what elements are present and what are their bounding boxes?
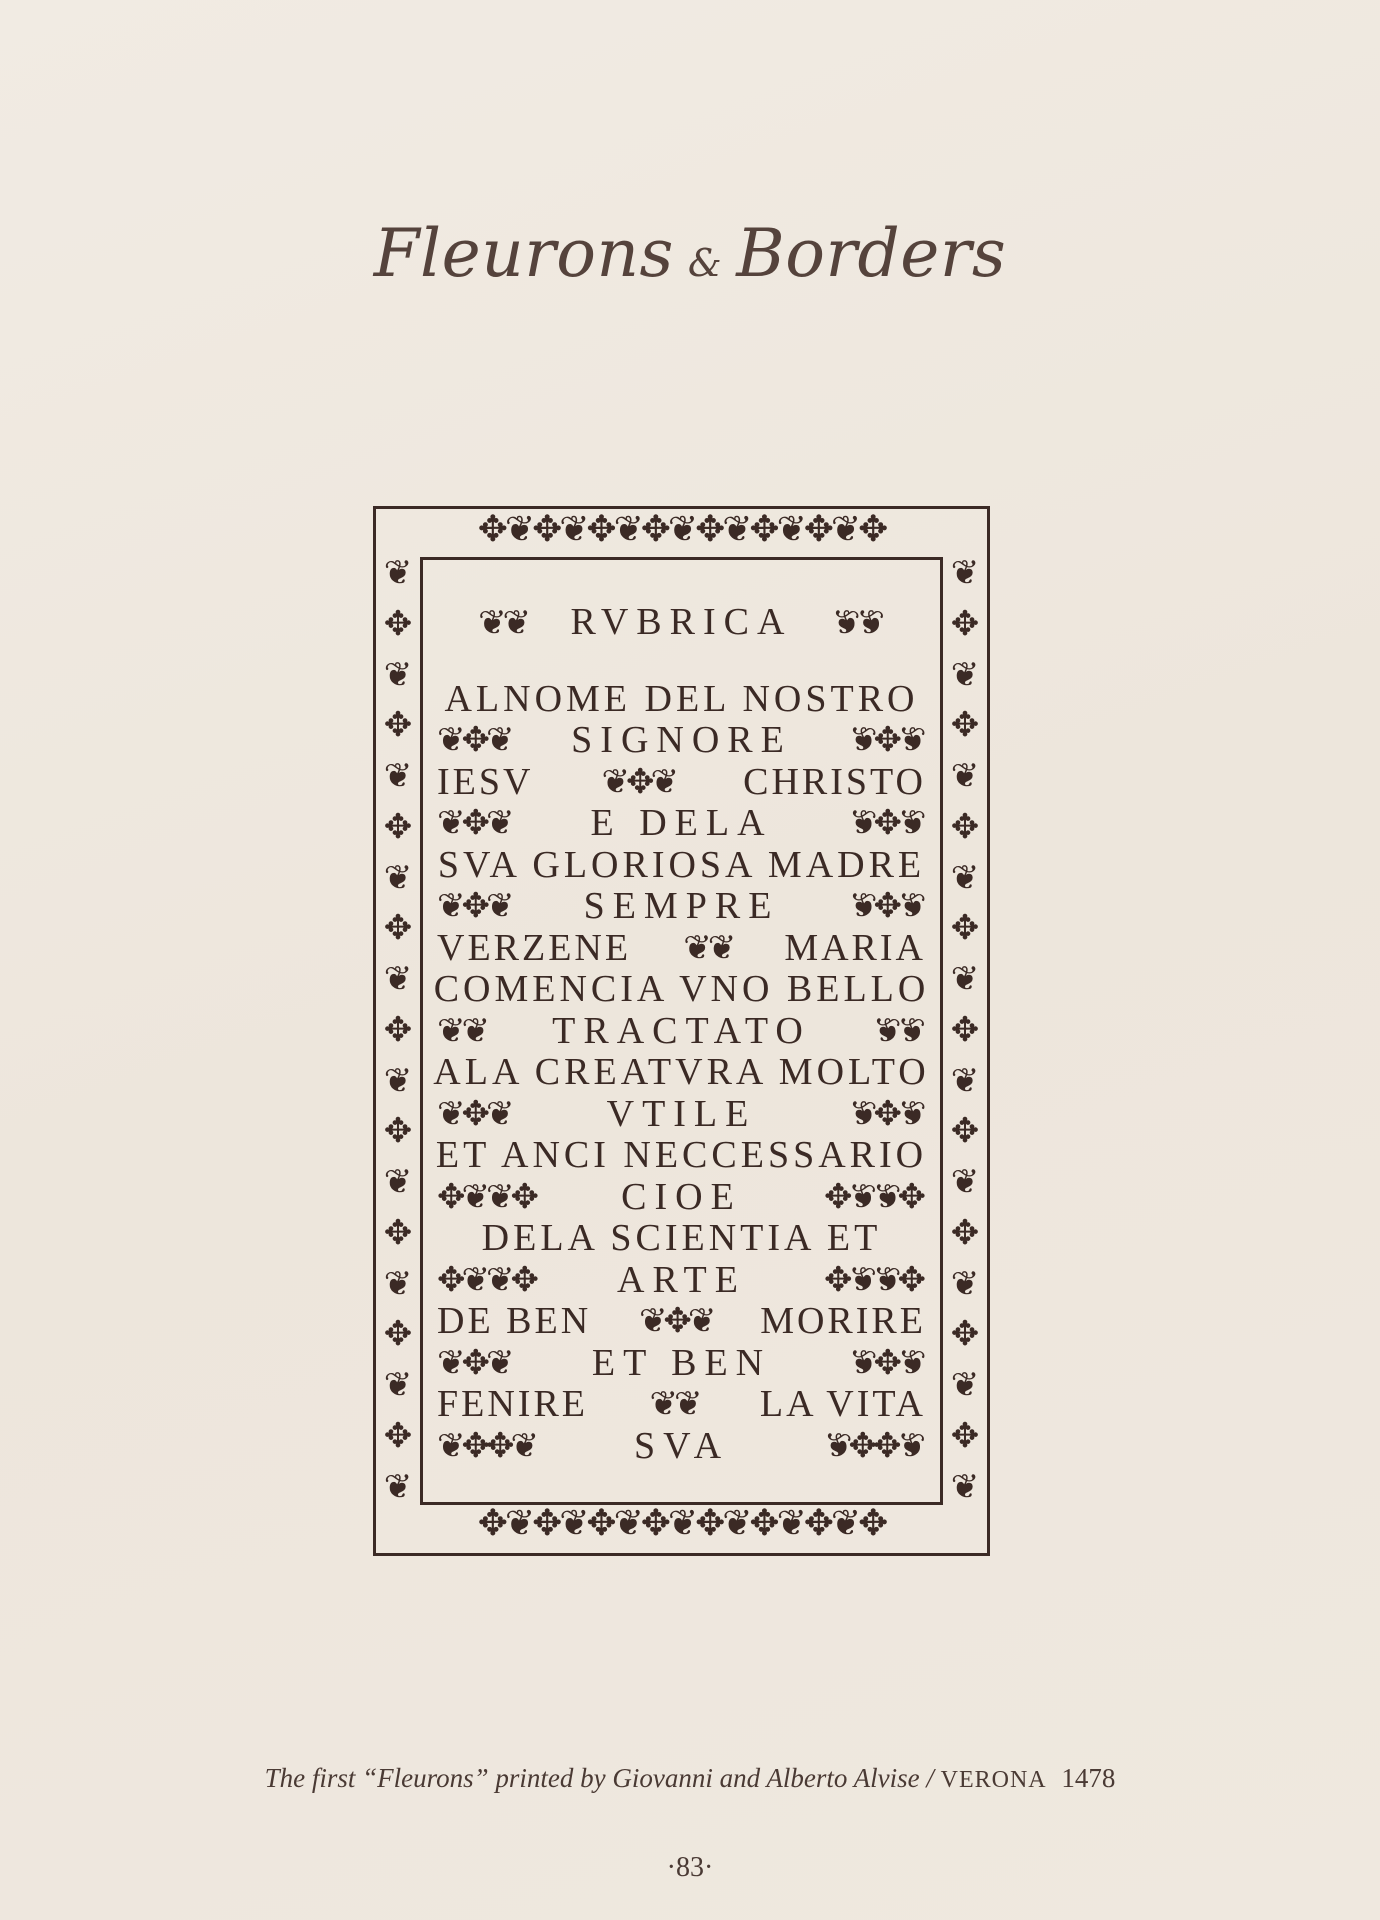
text-line: ALA CREATVRA MOLTO	[437, 1052, 926, 1094]
fleuron-border-icon: ❦	[951, 1471, 980, 1505]
fleuron-border-icon: ❦	[384, 760, 413, 794]
fleuron-ornament-icon: ❦✥❦	[853, 803, 926, 843]
right-fleuron-border: ❦✥❦✥❦✥❦✥❦✥❦✥❦✥❦✥❦✥❦	[945, 557, 985, 1505]
text-line: ❦✥❦SEMPRE❦✥❦	[437, 886, 926, 928]
fleuron-border-icon: ✥	[951, 1115, 980, 1149]
fleuron-border-icon: ✥	[384, 1115, 413, 1149]
fleuron-ornament-icon: ❦✥❦	[437, 1343, 510, 1383]
text-line: ❦✥❦VTILE❦✥❦	[437, 1093, 926, 1135]
fleuron-border-icon: ❦	[951, 659, 980, 693]
caption-text: The first “Fleurons” printed by Giovanni…	[265, 1763, 941, 1793]
line-text: DE BEN	[437, 1299, 591, 1343]
line-text: TRACTATO	[552, 1009, 811, 1053]
fleuron-border-icon: ✥	[951, 1217, 980, 1251]
fleuron-ornament-icon: ❦❦	[877, 1011, 926, 1051]
fleuron-border-icon: ❦	[384, 963, 413, 997]
line-text: ARTE	[617, 1258, 746, 1302]
fleuron-border-icon: ❦	[951, 1369, 980, 1403]
title-borders: Borders	[736, 215, 1006, 292]
line-text: CHRISTO	[743, 760, 926, 804]
fleuron-ornament-icon: ❦✥❦	[437, 1094, 510, 1134]
fleuron-border-icon: ❦	[951, 1065, 980, 1099]
rubrica-text: RVBRICA	[571, 601, 793, 643]
line-text: VERZENE	[437, 926, 631, 970]
line-text: E DELA	[590, 801, 772, 845]
fleuron-ornament-icon: ❦✥❦	[853, 1343, 926, 1383]
text-line: ❦❦TRACTATO❦❦	[437, 1010, 926, 1052]
line-text: VTILE	[607, 1092, 757, 1136]
line-text: ET ANCI NECCESSARIO	[436, 1133, 927, 1177]
fleuron-border-icon: ❦	[951, 862, 980, 896]
fleuron-border-icon: ❦	[384, 659, 413, 693]
line-text: CIOE	[621, 1175, 742, 1219]
fleuron-ornament-icon: ❦✥❦	[853, 720, 926, 760]
line-text: IESV	[437, 760, 533, 804]
bottom-fleuron-border: ✥❦✥❦✥❦✥❦✥❦✥❦✥❦✥	[378, 1505, 985, 1551]
fleuron-border-icon: ✥	[384, 1318, 413, 1352]
incunable-text-lines: ALNOME DEL NOSTRO❦✥❦SIGNORE❦✥❦IESV❦✥❦CHR…	[437, 678, 926, 1467]
fleuron-ornament-icon: ✥❦❦✥	[828, 1260, 926, 1300]
fleuron-border-icon: ✥	[951, 1318, 980, 1352]
text-line: DE BEN❦✥❦MORIRE	[437, 1301, 926, 1343]
fleuron-border-icon: ❦	[951, 1166, 980, 1200]
fleuron-border-icon: ✥	[384, 709, 413, 743]
fleuron-ornament-icon: ✥❦❦✥	[437, 1177, 535, 1217]
fleuron-border-icon: ✥	[384, 1217, 413, 1251]
fleuron-border-icon: ✥	[951, 608, 980, 642]
fleuron-border-icon: ✥	[951, 912, 980, 946]
fleuron-border-icon: ✥	[384, 912, 413, 946]
text-line: ❦✥❦E DELA❦✥❦	[437, 803, 926, 845]
fleuron-ornament-icon: ✥❦❦✥	[828, 1177, 926, 1217]
fleuron-border-icon: ✥	[951, 1420, 980, 1454]
fleuron-border-icon: ❦	[951, 963, 980, 997]
text-line: ❦✥❦ET BEN❦✥❦	[437, 1342, 926, 1384]
line-text: MARIA	[784, 926, 926, 970]
text-line: IESV❦✥❦CHRISTO	[437, 761, 926, 803]
fleuron-border-icon: ❦	[951, 760, 980, 794]
fleuron-border-icon: ✥	[951, 811, 980, 845]
fleuron-ornament-icon: ❦✥✥❦	[828, 1426, 926, 1466]
fleuron-border-icon: ❦	[384, 557, 413, 591]
top-fleuron-border: ✥❦✥❦✥❦✥❦✥❦✥❦✥❦✥	[378, 511, 985, 557]
line-text: LA VITA	[760, 1382, 926, 1426]
fleuron-ornament-icon: ❦✥❦	[639, 1301, 712, 1341]
fleuron-border-icon: ✥	[951, 709, 980, 743]
text-line: DELA SCIENTIA ET	[437, 1218, 926, 1260]
line-text: SVA	[634, 1424, 729, 1468]
fleuron-border-icon: ❦	[384, 1268, 413, 1302]
text-line: SVA GLORIOSA MADRE	[437, 844, 926, 886]
page-title: Fleurons&Borders	[0, 215, 1380, 292]
text-line: ❦✥✥❦SVA❦✥✥❦	[437, 1425, 926, 1467]
fleuron-border-icon: ✥	[951, 1014, 980, 1048]
text-line: ET ANCI NECCESSARIO	[437, 1135, 926, 1177]
fleuron-ornament-icon: ❦✥❦	[437, 720, 510, 760]
title-fleurons: Fleurons	[374, 215, 674, 292]
text-line: ✥❦❦✥CIOE✥❦❦✥	[437, 1176, 926, 1218]
caption-year: 1478	[1061, 1763, 1115, 1793]
line-text: ALA CREATVRA MOLTO	[433, 1050, 929, 1094]
page-number: ·83·	[0, 1852, 1380, 1884]
fleuron-ornament-icon: ❦✥✥❦	[437, 1426, 535, 1466]
fleuron-ornament-icon: ❦❦	[478, 605, 527, 642]
caption-place: VERONA	[941, 1767, 1047, 1793]
fleuron-border-icon: ✥	[384, 608, 413, 642]
figure-caption: The first “Fleurons” printed by Giovanni…	[0, 1763, 1380, 1794]
fleuron-ornament-icon: ❦✥❦	[602, 762, 675, 802]
line-text: MORIRE	[760, 1299, 926, 1343]
fleuron-border-icon: ❦	[384, 1166, 413, 1200]
left-fleuron-border: ❦✥❦✥❦✥❦✥❦✥❦✥❦✥❦✥❦✥❦	[378, 557, 418, 1505]
rubrica-heading: ❦❦ RVBRICA ❦❦	[423, 600, 940, 644]
fleuron-ornament-icon: ❦✥❦	[853, 886, 926, 926]
fleuron-ornament-icon: ❦❦	[437, 1011, 486, 1051]
title-ampersand: &	[688, 241, 722, 285]
text-line: ❦✥❦SIGNORE❦✥❦	[437, 720, 926, 762]
text-panel: ❦❦ RVBRICA ❦❦ ALNOME DEL NOSTRO❦✥❦SIGNOR…	[420, 557, 943, 1505]
text-line: COMENCIA VNO BELLO	[437, 969, 926, 1011]
fleuron-ornament-icon: ❦❦	[683, 928, 732, 968]
line-text: COMENCIA VNO BELLO	[434, 967, 930, 1011]
text-line: ✥❦❦✥ARTE✥❦❦✥	[437, 1259, 926, 1301]
fleuron-ornament-icon: ❦❦	[836, 603, 885, 643]
line-text: ALNOME DEL NOSTRO	[444, 677, 918, 721]
line-text: FENIRE	[437, 1382, 588, 1426]
line-text: SEMPRE	[584, 884, 780, 928]
fleuron-border-icon: ✥	[384, 811, 413, 845]
line-text: ET BEN	[592, 1341, 771, 1385]
fleuron-border-icon: ❦	[951, 557, 980, 591]
text-line: VERZENE❦❦MARIA	[437, 927, 926, 969]
fleuron-ornament-icon: ❦✥❦	[437, 803, 510, 843]
fleuron-border-icon: ❦	[384, 1065, 413, 1099]
line-text: DELA SCIENTIA ET	[482, 1216, 882, 1260]
fleuron-ornament-icon: ❦✥❦	[437, 886, 510, 926]
line-text: SIGNORE	[571, 718, 792, 762]
text-line: ALNOME DEL NOSTRO	[437, 678, 926, 720]
fleuron-border-icon: ❦	[384, 1369, 413, 1403]
fleuron-border-icon: ❦	[951, 1268, 980, 1302]
fleuron-ornament-icon: ✥❦❦✥	[437, 1260, 535, 1300]
fleuron-ornament-icon: ❦✥❦	[853, 1094, 926, 1134]
fleuron-border-illustration: ✥❦✥❦✥❦✥❦✥❦✥❦✥❦✥ ✥❦✥❦✥❦✥❦✥❦✥❦✥❦✥ ❦✥❦✥❦✥❦✥…	[373, 506, 990, 1556]
text-line: FENIRE❦❦LA VITA	[437, 1384, 926, 1426]
fleuron-ornament-icon: ❦❦	[649, 1384, 698, 1424]
line-text: SVA GLORIOSA MADRE	[438, 843, 925, 887]
fleuron-border-icon: ❦	[384, 862, 413, 896]
fleuron-border-icon: ✥	[384, 1014, 413, 1048]
fleuron-border-icon: ❦	[384, 1471, 413, 1505]
fleuron-border-icon: ✥	[384, 1420, 413, 1454]
